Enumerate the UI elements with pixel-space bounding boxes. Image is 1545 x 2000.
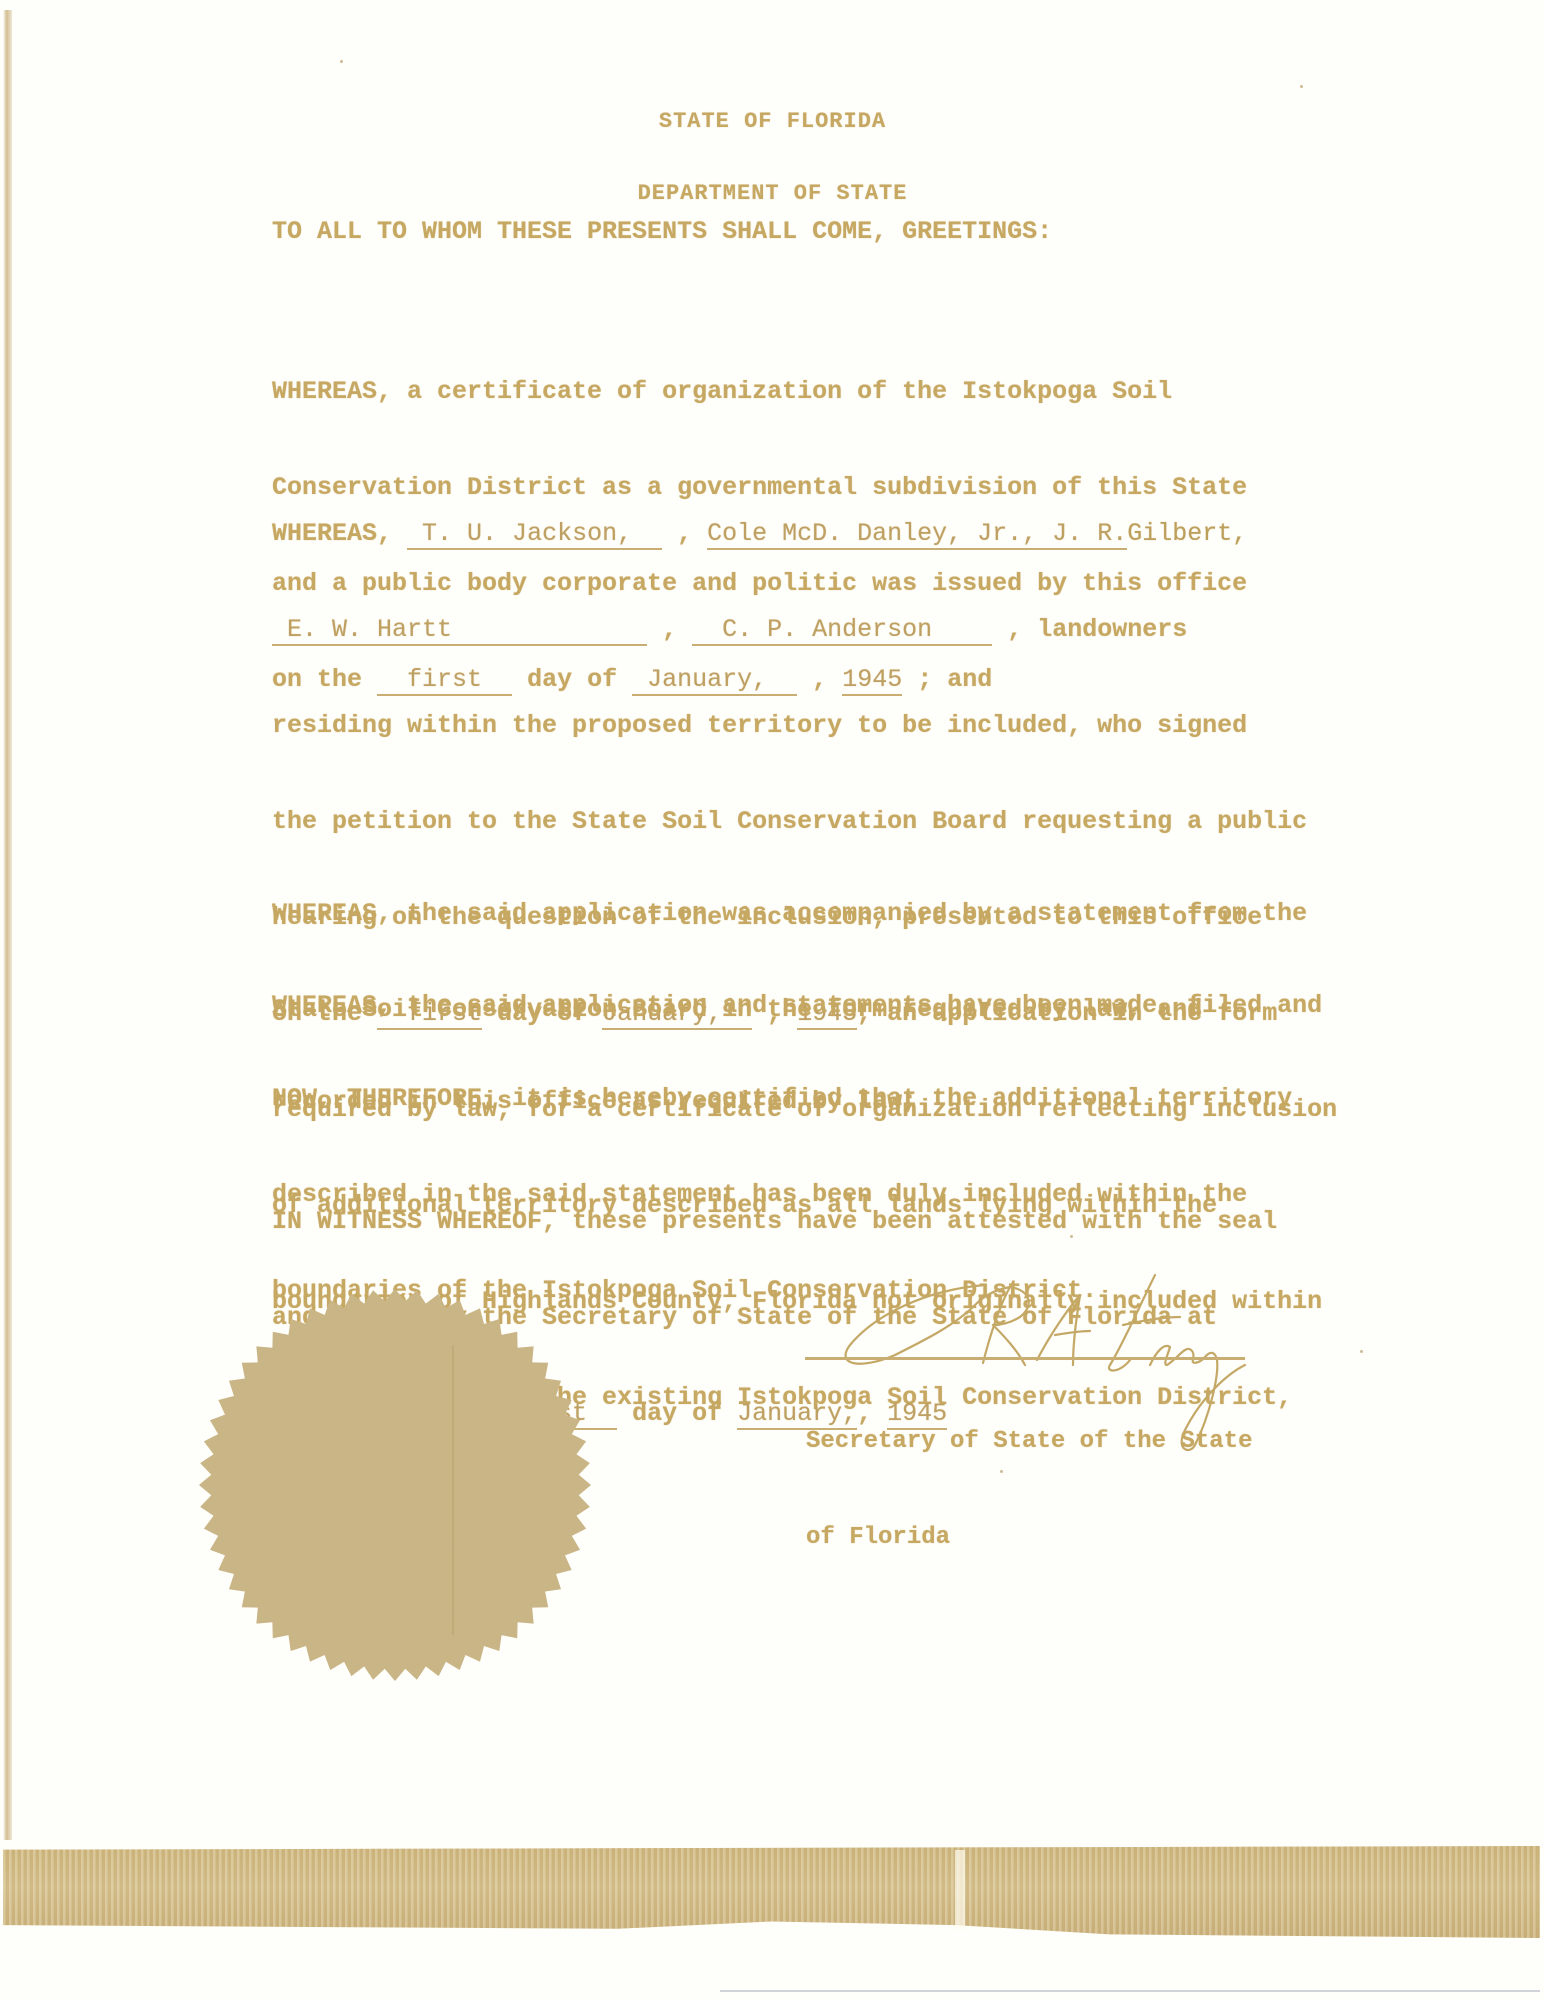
landowner-name: E. W. Hartt bbox=[287, 615, 452, 644]
header-department: DEPARTMENT OF STATE bbox=[0, 182, 1545, 206]
filled-name: C. P. Anderson bbox=[692, 615, 992, 646]
p6-line-1: IN WITNESS WHEREOF, these presents have … bbox=[272, 1206, 1277, 1238]
scan-edge-line bbox=[720, 1990, 1540, 1992]
p2-line-3: residing within the proposed territory t… bbox=[272, 710, 1337, 742]
landowner-name: Gilbert, bbox=[1127, 519, 1247, 548]
filled-name: Cole McD. Danley, Jr., J. R. bbox=[707, 519, 1127, 550]
paper-speck bbox=[1000, 1470, 1003, 1473]
signature-line bbox=[805, 1357, 1245, 1360]
landowner-name: C. P. Anderson bbox=[722, 615, 932, 644]
signature-caption: Secretary of State of the State of Flori… bbox=[806, 1362, 1252, 1586]
landowner-name: T. U. Jackson, bbox=[422, 519, 632, 548]
filled-name: E. W. Hartt bbox=[272, 615, 647, 646]
band-crease bbox=[955, 1850, 965, 1930]
paper-speck bbox=[1360, 1350, 1363, 1353]
signatory-title-continued: of Florida bbox=[806, 1522, 1252, 1554]
greeting: TO ALL TO WHOM THESE PRESENTS SHALL COME… bbox=[272, 216, 1052, 248]
p5-line-1: NOW, THEREFORE, it is hereby certified t… bbox=[272, 1083, 1292, 1115]
gold-foil-band bbox=[3, 1846, 1540, 1938]
text: , bbox=[647, 615, 692, 644]
text: WHEREAS, bbox=[272, 519, 407, 548]
gold-seal-icon bbox=[195, 1285, 595, 1685]
signatory-title: Secretary of State of the State bbox=[806, 1426, 1252, 1458]
p4-line-1: WHEREAS, the said application and statem… bbox=[272, 990, 1322, 1022]
p2-names-line-2: E. W. Hartt , C. P. Anderson , landowner… bbox=[272, 614, 1337, 646]
text: , landowners bbox=[992, 615, 1187, 644]
scanned-page-edge bbox=[3, 10, 12, 1840]
header-state: STATE OF FLORIDA bbox=[0, 110, 1545, 134]
text: , bbox=[662, 519, 707, 548]
paper-speck bbox=[1300, 85, 1303, 88]
p1-line-1: WHEREAS, a certificate of organization o… bbox=[272, 376, 1247, 408]
p2-names-line-1: WHEREAS, T. U. Jackson, , Cole McD. Danl… bbox=[272, 518, 1337, 550]
paper-speck bbox=[1070, 1235, 1073, 1238]
paper-speck bbox=[340, 60, 343, 63]
filled-name: T. U. Jackson, bbox=[407, 519, 662, 550]
text: day of bbox=[617, 1399, 737, 1428]
document-header: STATE OF FLORIDA DEPARTMENT OF STATE bbox=[0, 62, 1545, 230]
